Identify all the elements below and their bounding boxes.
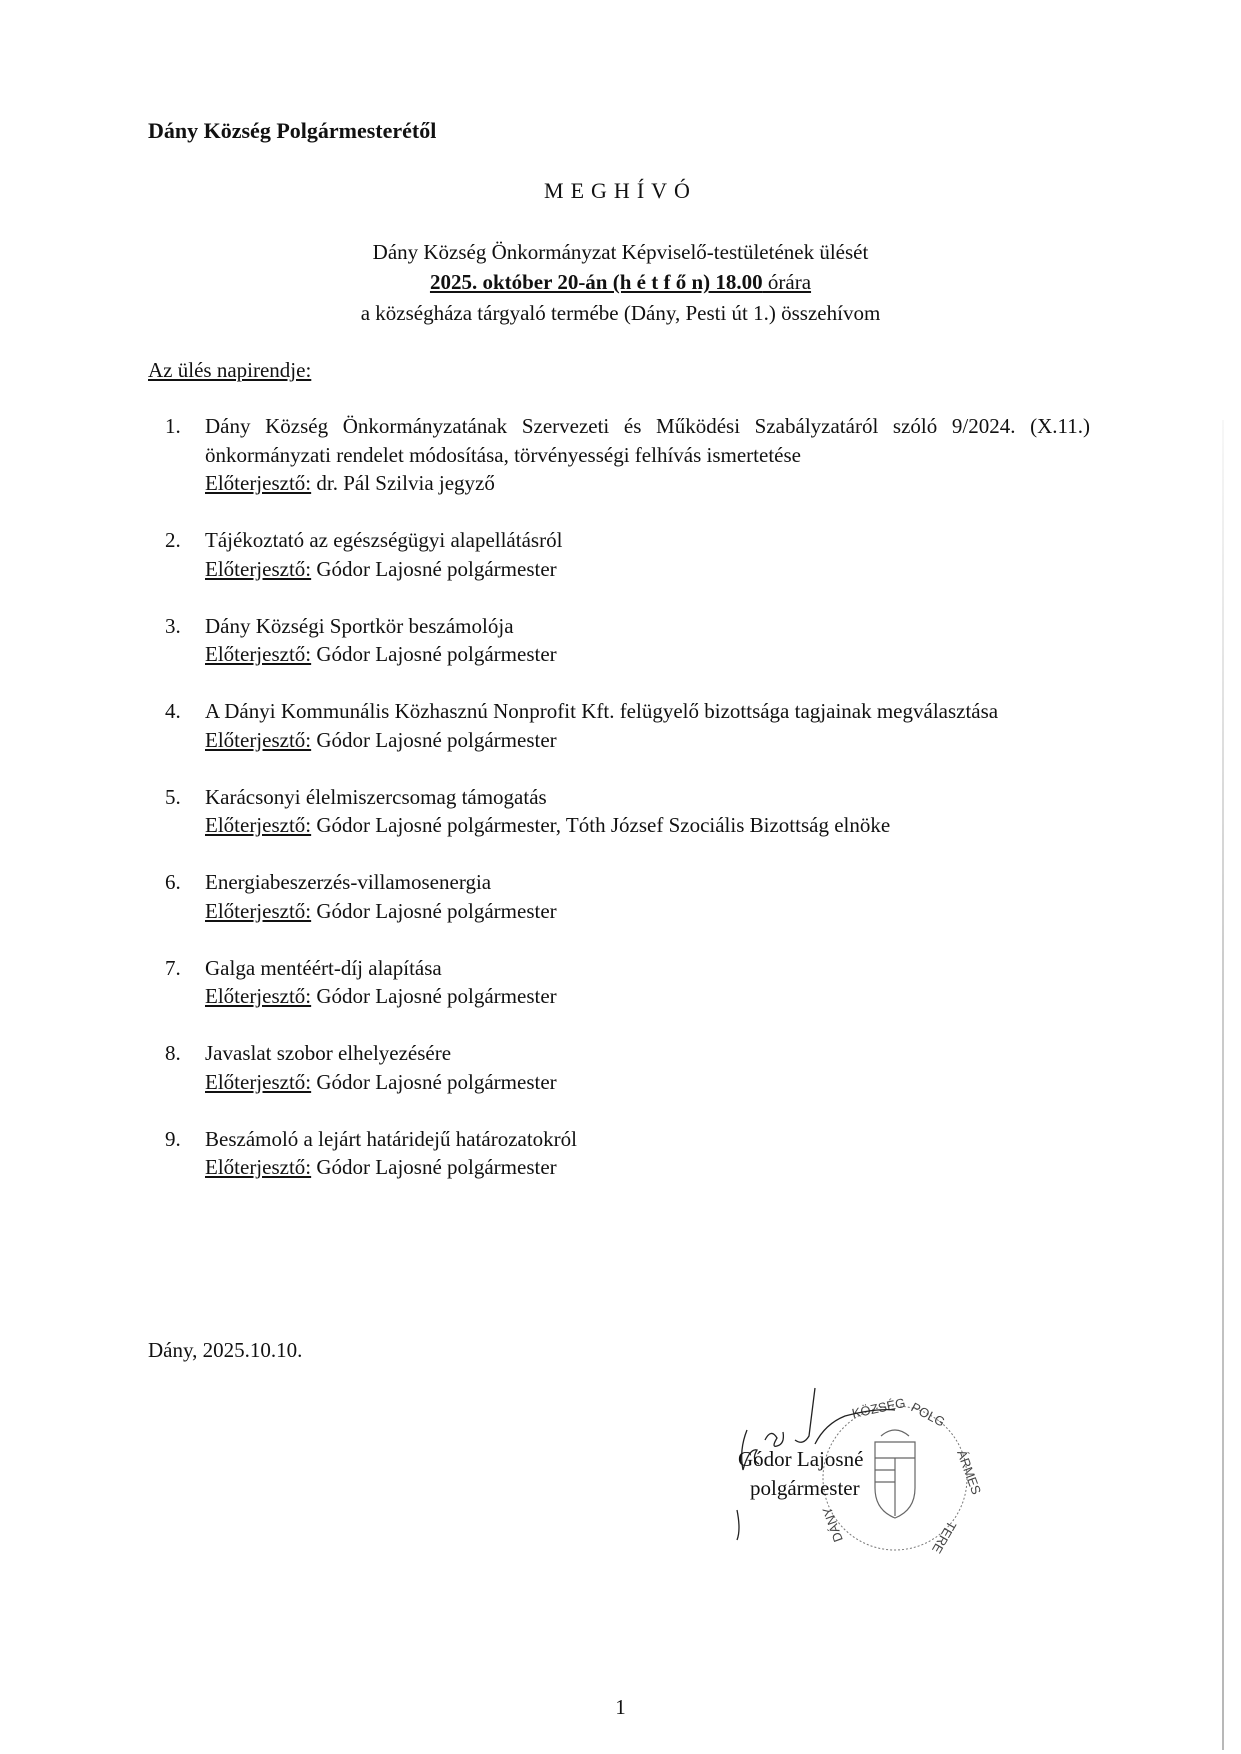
svg-text:ÁRMES: ÁRMES xyxy=(954,1448,984,1497)
presenter-label: Előterjesztő: xyxy=(205,899,311,923)
svg-text:DÁNY: DÁNY xyxy=(819,1505,846,1544)
presenter-label: Előterjesztő: xyxy=(205,557,311,581)
agenda-list: 1.Dány Község Önkormányzatának Szervezet… xyxy=(165,412,1090,1210)
presenter-label: Előterjesztő: xyxy=(205,984,311,1008)
invitation-line: Dány Község Önkormányzat Képviselő-testü… xyxy=(0,240,1241,265)
agenda-item-title: Tájékoztató az egészségügyi alapellátásr… xyxy=(205,526,1090,555)
agenda-item: 7.Galga mentéért-díj alapításaElőterjesz… xyxy=(165,954,1090,1011)
agenda-item-presenter: Előterjesztő: Gódor Lajosné polgármester xyxy=(205,897,1090,926)
presenter-label: Előterjesztő: xyxy=(205,728,311,752)
agenda-item: 8.Javaslat szobor elhelyezéséreElőterjes… xyxy=(165,1039,1090,1096)
agenda-item-title: Karácsonyi élelmiszercsomag támogatás xyxy=(205,783,1090,812)
svg-text:TERE: TERE xyxy=(929,1519,959,1557)
agenda-item-title: Dány Községi Sportkör beszámolója xyxy=(205,612,1090,641)
agenda-item-number: 6. xyxy=(165,868,181,897)
presenter-label: Előterjesztő: xyxy=(205,1155,311,1179)
svg-text:POLG: POLG xyxy=(909,1399,948,1429)
agenda-item-number: 3. xyxy=(165,612,181,641)
agenda-item-presenter: Előterjesztő: Gódor Lajosné polgármester xyxy=(205,726,1090,755)
agenda-item-presenter: Előterjesztő: Gódor Lajosné polgármester xyxy=(205,1068,1090,1097)
presenter-name: Gódor Lajosné polgármester xyxy=(316,899,556,923)
scan-edge-artifact xyxy=(1222,420,1224,1750)
presenter-label: Előterjesztő: xyxy=(205,813,311,837)
agenda-item-number: 5. xyxy=(165,783,181,812)
agenda-item-number: 2. xyxy=(165,526,181,555)
agenda-item-number: 1. xyxy=(165,412,181,441)
document-title: MEGHÍVÓ xyxy=(0,178,1241,204)
agenda-item-presenter: Előterjesztő: Gódor Lajosné polgármester xyxy=(205,1153,1090,1182)
meeting-date: 2025. október 20-án (h é t f ő n) 18.00 xyxy=(430,270,763,294)
presenter-name: dr. Pál Szilvia jegyző xyxy=(316,471,494,495)
presenter-name: Gódor Lajosné polgármester xyxy=(316,728,556,752)
presenter-name: Gódor Lajosné polgármester xyxy=(316,1070,556,1094)
presenter-name: Gódor Lajosné polgármester xyxy=(316,642,556,666)
agenda-item-title: Beszámoló a lejárt határidejű határozato… xyxy=(205,1125,1090,1154)
agenda-item: 5.Karácsonyi élelmiszercsomag támogatásE… xyxy=(165,783,1090,840)
presenter-label: Előterjesztő: xyxy=(205,471,311,495)
agenda-item-title: Javaslat szobor elhelyezésére xyxy=(205,1039,1090,1068)
agenda-item-title: Galga mentéért-díj alapítása xyxy=(205,954,1090,983)
agenda-item-presenter: Előterjesztő: Gódor Lajosné polgármester… xyxy=(205,811,1090,840)
agenda-item: 9.Beszámoló a lejárt határidejű határoza… xyxy=(165,1125,1090,1182)
agenda-item-presenter: Előterjesztő: Gódor Lajosné polgármester xyxy=(205,640,1090,669)
presenter-name: Gódor Lajosné polgármester xyxy=(316,984,556,1008)
agenda-item-number: 4. xyxy=(165,697,181,726)
presenter-name: Gódor Lajosné polgármester xyxy=(316,1155,556,1179)
agenda-item: 3.Dány Községi Sportkör beszámolójaElőte… xyxy=(165,612,1090,669)
sender-heading: Dány Község Polgármesterétől xyxy=(148,118,436,144)
agenda-item-presenter: Előterjesztő: Gódor Lajosné polgármester xyxy=(205,982,1090,1011)
agenda-item-title: Energiabeszerzés-villamosenergia xyxy=(205,868,1090,897)
agenda-item-presenter: Előterjesztő: Gódor Lajosné polgármester xyxy=(205,555,1090,584)
agenda-item: 1.Dány Község Önkormányzatának Szervezet… xyxy=(165,412,1090,498)
presenter-name: Gódor Lajosné polgármester xyxy=(316,557,556,581)
meeting-date-suffix: órára xyxy=(763,270,811,294)
agenda-heading: Az ülés napirendje: xyxy=(148,358,311,383)
agenda-item: 4.A Dányi Kommunális Közhasznú Nonprofit… xyxy=(165,697,1090,754)
meeting-location: a községháza tárgyaló termébe (Dány, Pes… xyxy=(0,301,1241,326)
agenda-item-title: A Dányi Kommunális Közhasznú Nonprofit K… xyxy=(205,697,1090,726)
place-and-date: Dány, 2025.10.10. xyxy=(148,1338,302,1363)
page-number: 1 xyxy=(0,1695,1241,1720)
meeting-date-line: 2025. október 20-án (h é t f ő n) 18.00 … xyxy=(0,270,1241,295)
agenda-item: 2.Tájékoztató az egészségügyi alapellátá… xyxy=(165,526,1090,583)
agenda-item-presenter: Előterjesztő: dr. Pál Szilvia jegyző xyxy=(205,469,1090,498)
svg-text:KÖZSÉG: KÖZSÉG xyxy=(851,1395,907,1421)
agenda-item-number: 8. xyxy=(165,1039,181,1068)
presenter-name: Gódor Lajosné polgármester, Tóth József … xyxy=(316,813,890,837)
signer-role: polgármester xyxy=(750,1476,860,1501)
agenda-item-number: 9. xyxy=(165,1125,181,1154)
coat-of-arms-icon xyxy=(875,1430,915,1518)
agenda-item-title: Dány Község Önkormányzatának Szervezeti … xyxy=(205,412,1090,469)
agenda-item-number: 7. xyxy=(165,954,181,983)
agenda-item: 6.Energiabeszerzés-villamosenergiaElőter… xyxy=(165,868,1090,925)
presenter-label: Előterjesztő: xyxy=(205,642,311,666)
signer-name: Gódor Lajosné xyxy=(738,1447,863,1472)
presenter-label: Előterjesztő: xyxy=(205,1070,311,1094)
